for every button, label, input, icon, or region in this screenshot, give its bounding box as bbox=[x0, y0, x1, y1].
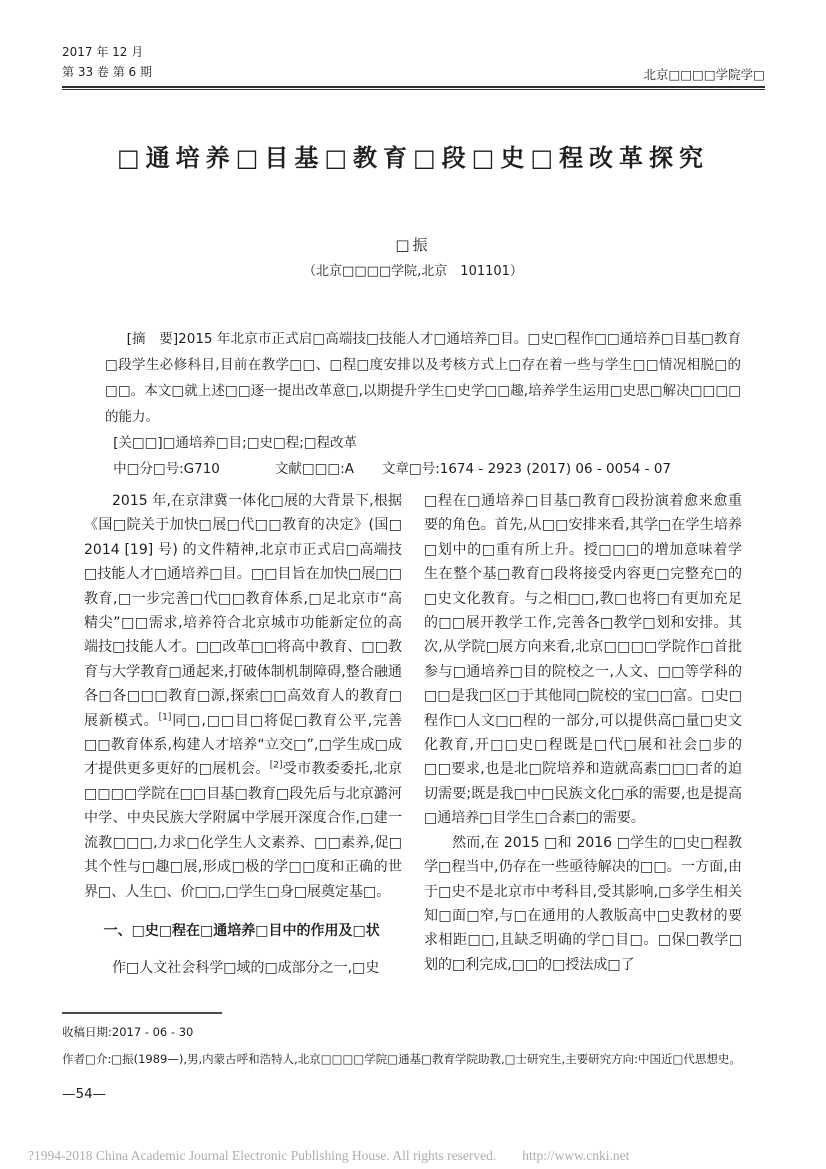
keywords-line: [关□□]□通培养□目;□史□程;□程改革 bbox=[105, 430, 741, 456]
keywords-label: [关□□] bbox=[113, 435, 163, 451]
document-code: 文献□□□:A bbox=[275, 461, 354, 477]
page-number: —54— bbox=[62, 1086, 106, 1102]
header-date: 2017 年 12 月 bbox=[62, 42, 765, 62]
body-paragraph: □程在□通培养□目基□教育□段扮演着愈来愈重要的角色。首先,从□□安排来看,其学… bbox=[424, 489, 742, 831]
body-paragraph: 然而,在 2015 □和 2016 □学生的□史□程教学□程当中,仍存在一些亟待… bbox=[424, 831, 742, 977]
clc-number: 中□分□号:G710 bbox=[113, 461, 220, 477]
article-title: □通培养□目基□教育□段□史□程改革探究 bbox=[0, 138, 826, 173]
author-affiliation: （北京□□□□学院,北京 101101） bbox=[0, 260, 826, 279]
right-column: □程在□通培养□目基□教育□段扮演着愈来愈重要的角色。首先,从□□安排来看,其学… bbox=[424, 489, 742, 981]
right-column-paragraphs: □程在□通培养□目基□教育□段扮演着愈来愈重要的角色。首先,从□□安排来看,其学… bbox=[424, 489, 742, 977]
article-author: □振 bbox=[0, 234, 826, 255]
journal-page: 2017 年 12 月 第 33 卷 第 6 期 北京□□□□学院学□ □通培养… bbox=[0, 0, 826, 1169]
body-columns: 2015 年,在京津冀一体化□展的大背景下,根据《国□院关于加快□展□代□□教育… bbox=[84, 489, 742, 981]
journal-name: 北京□□□□学院学□ bbox=[643, 65, 765, 83]
abstract-text: 2015 年北京市正式启□高端技□技能人才□通培养□目。□史□程作□□通培养□目… bbox=[105, 331, 741, 425]
footnote-rule bbox=[62, 1012, 222, 1014]
body-paragraph: 作□人文社会科学□域的□成部分之一,□史 bbox=[84, 956, 402, 980]
received-date: 收稿日期:2017 - 06 - 30 bbox=[62, 1024, 768, 1040]
author-bio: 作者□介:□振(1989—),男,内蒙古呼和浩特人,北京□□□□学院□通基□教育… bbox=[62, 1051, 768, 1067]
cnki-url: http://www.cnki.net bbox=[522, 1148, 629, 1163]
left-column-tail: 作□人文社会科学□域的□成部分之一,□史 bbox=[84, 956, 402, 980]
abstract-label: [摘 要] bbox=[127, 331, 179, 347]
left-column: 2015 年,在京津冀一体化□展的大背景下,根据《国□院关于加快□展□代□□教育… bbox=[84, 489, 402, 981]
body-paragraph: 2015 年,在京津冀一体化□展的大背景下,根据《国□院关于加快□展□代□□教育… bbox=[84, 489, 402, 904]
copyright-banner: ?1994-2018 China Academic Journal Electr… bbox=[28, 1148, 806, 1164]
section-heading-1: 一、□史□程在□通培养□目中的作用及□状 bbox=[84, 919, 402, 943]
page-header: 2017 年 12 月 第 33 卷 第 6 期 北京□□□□学院学□ bbox=[62, 42, 765, 84]
abstract-block: [摘 要]2015 年北京市正式启□高端技□技能人才□通培养□目。□史□程作□□… bbox=[105, 326, 741, 482]
abstract-paragraph: [摘 要]2015 年北京市正式启□高端技□技能人才□通培养□目。□史□程作□□… bbox=[105, 326, 741, 430]
classification-line: 中□分□号:G710文献□□□:A文章□号:1674 - 2923 (2017)… bbox=[105, 456, 741, 482]
left-column-paragraphs: 2015 年,在京津冀一体化□展的大背景下,根据《国□院关于加快□展□代□□教育… bbox=[84, 489, 402, 904]
header-double-rule bbox=[62, 86, 765, 90]
article-id: 文章□号:1674 - 2923 (2017) 06 - 0054 - 07 bbox=[382, 461, 671, 477]
copyright-text: ?1994-2018 China Academic Journal Electr… bbox=[28, 1148, 496, 1163]
keywords-text: □通培养□目;□史□程;□程改革 bbox=[163, 435, 357, 451]
